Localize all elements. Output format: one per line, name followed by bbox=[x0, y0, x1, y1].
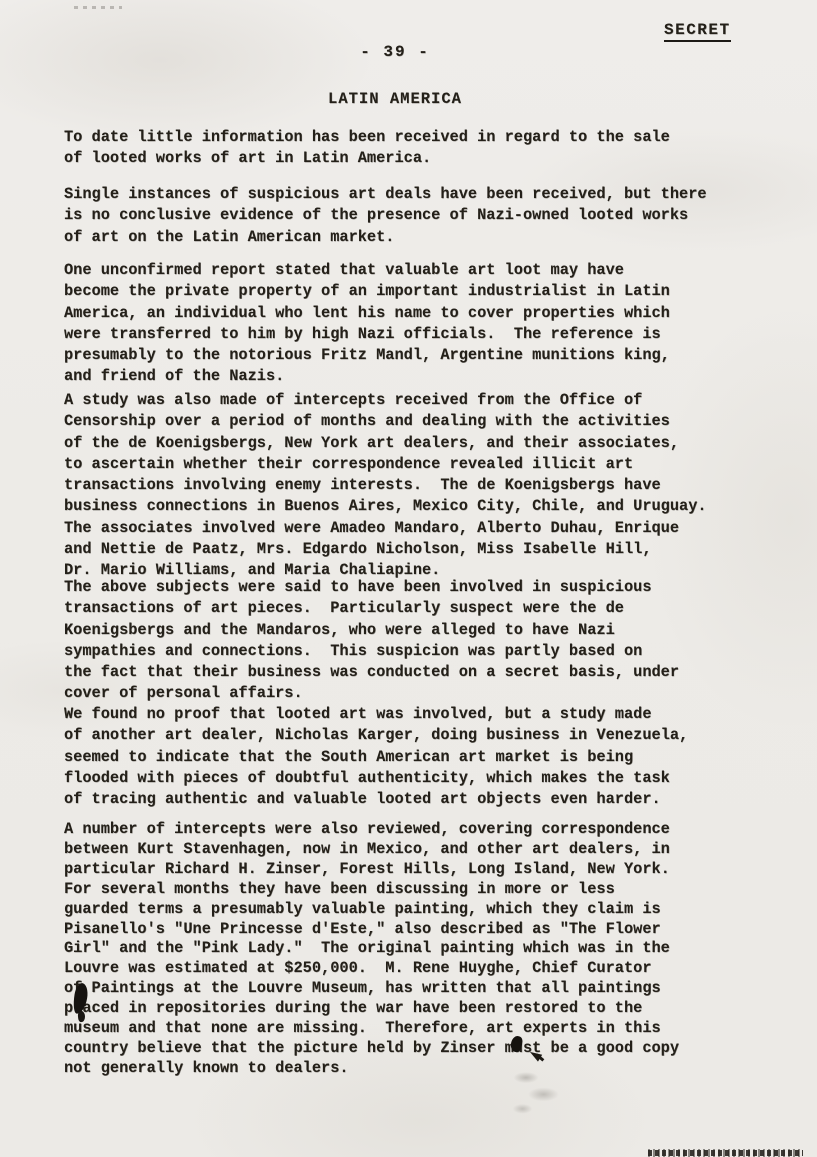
cutoff-stamp-fragment bbox=[648, 1149, 803, 1157]
paragraph-suspicious-deals: Single instances of suspicious art deals… bbox=[64, 184, 764, 248]
paragraph-nicholas-karger: We found no proof that looted art was in… bbox=[64, 704, 764, 810]
paragraph-fritz-mandl: One unconfirmed report stated that valua… bbox=[64, 260, 764, 388]
paragraph-suspect-subjects: The above subjects were said to have bee… bbox=[64, 577, 764, 705]
paragraph-intro: To date little information has been rece… bbox=[64, 127, 764, 170]
scan-speck-marks bbox=[74, 6, 122, 9]
page-title: LATIN AMERICA bbox=[0, 90, 790, 108]
paragraph-stavenhagen-zinser: A number of intercepts were also reviewe… bbox=[64, 820, 764, 1079]
page-number: - 39 - bbox=[0, 43, 790, 61]
scanned-document-page: SECRET - 39 - LATIN AMERICA To date litt… bbox=[0, 0, 817, 1157]
paragraph-censorship-intercepts: A study was also made of intercepts rece… bbox=[64, 390, 764, 582]
faint-smudge-artifact bbox=[505, 1068, 575, 1116]
secret-classification-stamp: SECRET bbox=[664, 21, 731, 42]
